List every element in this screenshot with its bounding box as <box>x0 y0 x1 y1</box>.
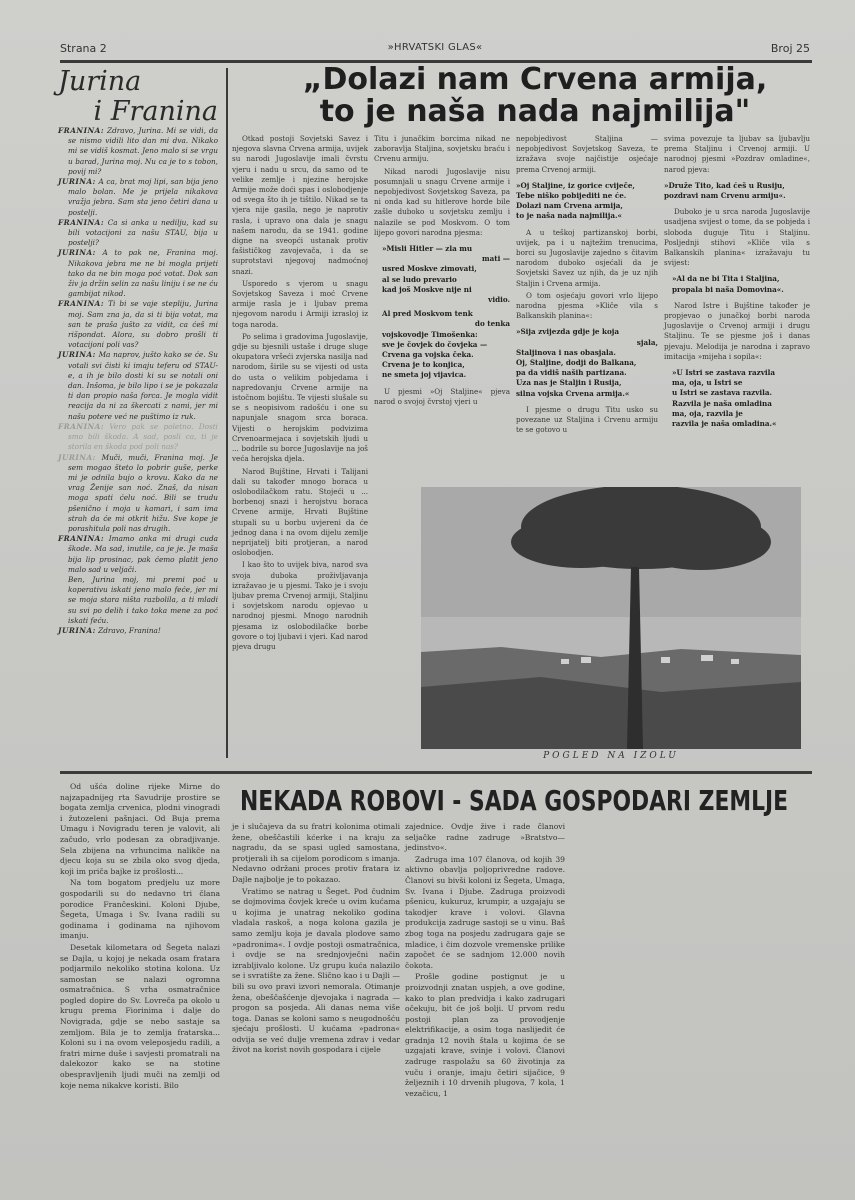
second-article-col3: zajednice. Ovdje žive i rade članovi sel… <box>405 822 565 1100</box>
dialogue-column: FRANINA: Zdravo, Jurina. Mi se vidi, da … <box>58 126 218 636</box>
main-article-col3: nepobjedivost Staljina — nepobjedivost S… <box>516 134 658 437</box>
dialogue-line-faded: FRANINA: Vero pak se poletno. Dosti smo … <box>58 422 218 453</box>
main-article-col2: Titu i junačkim borcima nikad ne zaborav… <box>374 134 510 409</box>
dialogue-line: JURINA: Ma naprov, jušto kako se će. Su … <box>58 350 218 421</box>
dialogue-line: FRANINA: Ca si anka u nedilju, kad su bi… <box>58 218 218 249</box>
dialogue-line: JURINA: A to pak ne, Franina moj. Nikako… <box>58 248 218 299</box>
dialogue-title: Jurina i Franina <box>58 68 218 128</box>
second-headline: NEKADA ROBOVI - SADA GOSPODARI ZEMLJE <box>240 784 548 817</box>
poem-druze-tito: »Druže Tito, kad ćeš u Rusiju, pozdravi … <box>664 181 810 201</box>
landscape-pine-tree-image <box>421 487 801 749</box>
main-headline: „Dolazi nam Crvena armija, to je naša na… <box>240 64 830 128</box>
poem-misli-hitler: »Misli Hitler — zla mu mati — usred Mosk… <box>382 244 510 381</box>
main-article-col1: Otkad postoji Sovjetski Savez i njegova … <box>232 134 368 654</box>
column-divider <box>226 68 228 758</box>
dialogue-line: FRANINA: Imamo anka mi drugi cuda škode.… <box>58 534 218 575</box>
second-article-col1: Od ušća doline rijeke Mirne do najzapadn… <box>60 782 220 1092</box>
dialogue-line: JURINA: Muči, muči, Franina moj. Je sem … <box>58 453 218 535</box>
page-header: Strana 2 »HRVATSKI GLAS« Broj 25 <box>60 40 810 60</box>
dialogue-line: Ben, Jurina moj, mi premi poć u koperati… <box>58 575 218 626</box>
poem-sija-zvijezda: »Sija zvijezda gdje je koja sjala, Stalj… <box>516 327 658 398</box>
poem-al-da-ne-bi: »Al da ne bi Tita i Staljina, propala bi… <box>672 274 810 294</box>
dialogue-line: JURINA: A ca, brat moj lipi, san bija je… <box>58 177 218 218</box>
poem-oj-staljine: »Oj Staljine, iz gorice cviječe, Tebe ni… <box>516 181 658 222</box>
dialogue-line: JURINA: Zdravo, Franina! <box>58 626 218 636</box>
section-rule <box>60 771 812 774</box>
dialogue-line: FRANINA: Zdravo, Jurina. Mi se vidi, da … <box>58 126 218 177</box>
second-article-col2: je i slučajeva da su fratri kolonima oti… <box>232 822 400 1057</box>
newspaper-page: Strana 2 »HRVATSKI GLAS« Broj 25 Jurina … <box>0 0 855 1200</box>
main-article-col4: svima povezuje ta ljubav sa ljubavlju pr… <box>664 134 810 435</box>
newspaper-name: »HRVATSKI GLAS« <box>60 42 810 53</box>
photo-izola <box>421 487 801 749</box>
issue-number: Broj 25 <box>771 42 810 55</box>
poem-u-istri: »U Istri se zastava razvila ma, oja, u I… <box>672 368 810 429</box>
photo-caption: POGLED NA IZOLU <box>421 751 801 761</box>
dialogue-line: FRANINA: Ti bi se vaje stepliju, Jurina … <box>58 299 218 350</box>
